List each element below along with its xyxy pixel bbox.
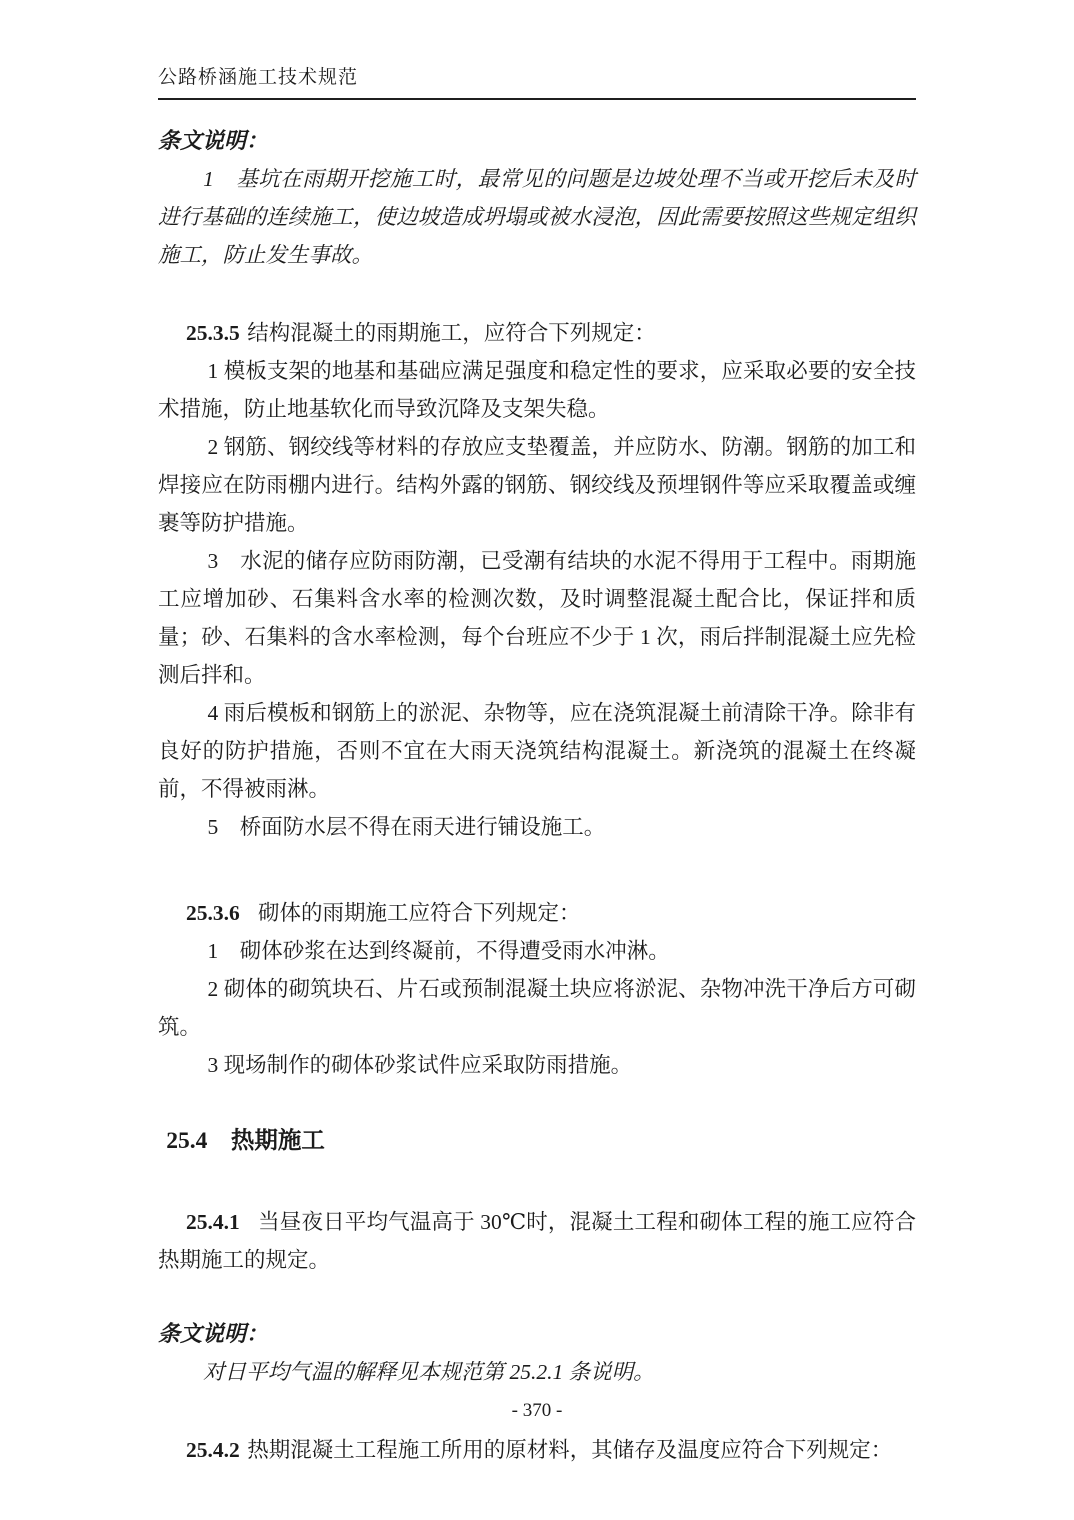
clause-number: 25.3.6 bbox=[186, 901, 240, 925]
section-heading-25-4: 25.4热期施工 bbox=[158, 1120, 916, 1161]
clause-number: 25.3.5 bbox=[186, 321, 240, 345]
clause-number: 25.4.2 bbox=[186, 1438, 240, 1462]
clause-item: 3 水泥的储存应防雨防潮，已受潮有结块的水泥不得用于工程中。雨期施工应增加砂、石… bbox=[158, 542, 916, 694]
clause-number: 25.4.1 bbox=[186, 1210, 240, 1234]
section-title: 热期施工 bbox=[231, 1127, 325, 1153]
page-body: 条文说明： 1 基坑在雨期开挖施工时，最常见的问题是边坡处理不当或开挖后未及时进… bbox=[158, 122, 916, 1469]
commentary-paragraph: 对日平均气温的解释见本规范第 25.2.1 条说明。 bbox=[158, 1353, 916, 1391]
clause-title: 结构混凝土的雨期施工，应符合下列规定： bbox=[247, 321, 656, 345]
clause-heading: 25.3.6砌体的雨期施工应符合下列规定： bbox=[158, 894, 916, 932]
running-head-title: 公路桥涵施工技术规范 bbox=[158, 62, 916, 100]
clause-text: 当昼夜日平均气温高于 30℃时，混凝土工程和砌体工程的施工应符合热期施工的规定。 bbox=[158, 1210, 916, 1272]
page-footer: - 370 - bbox=[0, 1400, 1074, 1422]
clause-item: 3 现场制作的砌体砂浆试件应采取防雨措施。 bbox=[158, 1046, 916, 1084]
page-number: - 370 - bbox=[512, 1400, 563, 1421]
clause-heading: 25.3.5结构混凝土的雨期施工，应符合下列规定： bbox=[158, 314, 916, 352]
clause-25-4-2: 25.4.2热期混凝土工程施工所用的原材料，其储存及温度应符合下列规定： bbox=[158, 1431, 916, 1469]
clause-text: 热期混凝土工程施工所用的原材料，其储存及温度应符合下列规定： bbox=[247, 1438, 892, 1462]
clause-item: 5 桥面防水层不得在雨天进行铺设施工。 bbox=[158, 808, 916, 846]
clause-item: 2 砌体的砌筑块石、片石或预制混凝土块应将淤泥、杂物冲洗干净后方可砌筑。 bbox=[158, 970, 916, 1046]
clause-25-4-1: 25.4.1当昼夜日平均气温高于 30℃时，混凝土工程和砌体工程的施工应符合热期… bbox=[158, 1203, 916, 1279]
clause-item: 1 砌体砂浆在达到终凝前，不得遭受雨水冲淋。 bbox=[158, 932, 916, 970]
commentary-label: 条文说明： bbox=[158, 122, 916, 160]
clause-item: 4 雨后模板和钢筋上的淤泥、杂物等，应在浇筑混凝土前清除干净。除非有良好的防护措… bbox=[158, 694, 916, 808]
commentary-note-1: 条文说明： 1 基坑在雨期开挖施工时，最常见的问题是边坡处理不当或开挖后未及时进… bbox=[158, 122, 916, 274]
commentary-label: 条文说明： bbox=[158, 1315, 916, 1353]
document-page: 公路桥涵施工技术规范 条文说明： 1 基坑在雨期开挖施工时，最常见的问题是边坡处… bbox=[0, 0, 1074, 1520]
clause-25-3-6: 25.3.6砌体的雨期施工应符合下列规定： 1 砌体砂浆在达到终凝前，不得遭受雨… bbox=[158, 894, 916, 1084]
commentary-paragraph: 1 基坑在雨期开挖施工时，最常见的问题是边坡处理不当或开挖后未及时进行基础的连续… bbox=[158, 160, 916, 274]
clause-paragraph: 25.4.2热期混凝土工程施工所用的原材料，其储存及温度应符合下列规定： bbox=[158, 1431, 916, 1469]
clause-paragraph: 25.4.1当昼夜日平均气温高于 30℃时，混凝土工程和砌体工程的施工应符合热期… bbox=[158, 1203, 916, 1279]
page-header: 公路桥涵施工技术规范 bbox=[158, 62, 916, 100]
clause-title: 砌体的雨期施工应符合下列规定： bbox=[258, 901, 581, 925]
clause-item: 1 模板支架的地基和基础应满足强度和稳定性的要求，应采取必要的安全技术措施，防止… bbox=[158, 352, 916, 428]
section-number: 25.4 bbox=[166, 1128, 207, 1154]
commentary-note-2: 条文说明： 对日平均气温的解释见本规范第 25.2.1 条说明。 bbox=[158, 1315, 916, 1391]
clause-item: 2 钢筋、钢绞线等材料的存放应支垫覆盖，并应防水、防潮。钢筋的加工和焊接应在防雨… bbox=[158, 428, 916, 542]
clause-25-3-5: 25.3.5结构混凝土的雨期施工，应符合下列规定： 1 模板支架的地基和基础应满… bbox=[158, 314, 916, 846]
